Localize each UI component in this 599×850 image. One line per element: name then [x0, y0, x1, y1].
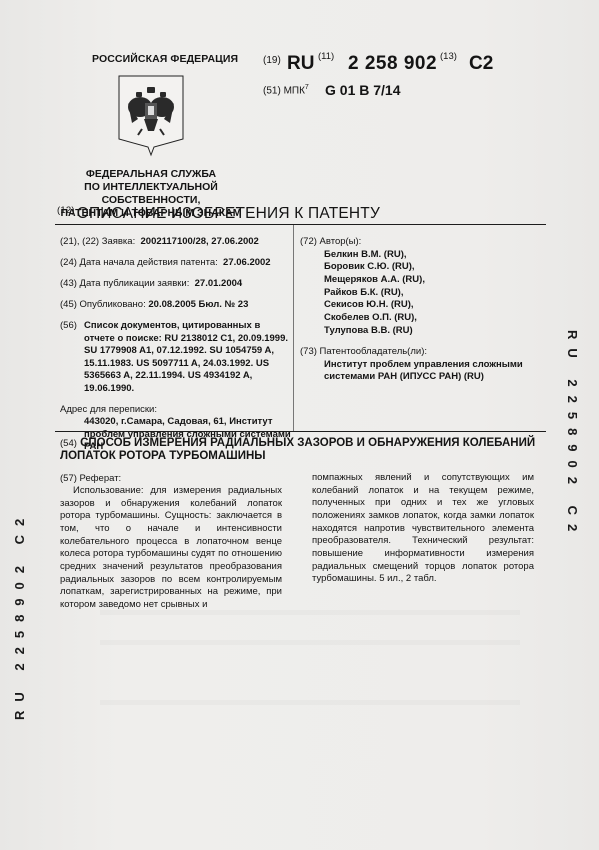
abstract-label: (57) Реферат: [60, 473, 121, 484]
author-item: Тулупова В.В. (RU) [324, 325, 540, 338]
document-title: (12)ОПИСАНИЕ ИЗОБРЕТЕНИЯ К ПАТЕНТУ [57, 205, 380, 223]
author-item: Белкин В.М. (RU), [324, 249, 540, 262]
country-name: РОССИЙСКАЯ ФЕДЕРАЦИЯ [92, 53, 238, 65]
code-11: (11) [318, 51, 334, 62]
abstract-left-column: Использование: для измерения радиальных … [60, 485, 282, 612]
code-19: (19) [263, 55, 281, 66]
coat-of-arms-icon [118, 75, 184, 157]
publication-date-field: (43) Дата публикации заявки: 27.01.2004 [60, 278, 292, 291]
side-code-right: RU 2258902 C2 [565, 330, 580, 540]
bleed-through-text [100, 700, 520, 705]
column-divider [293, 225, 294, 431]
authors-list: Белкин В.М. (RU), Боровик С.Ю. (RU), Мещ… [300, 249, 540, 338]
abstract-right-column: помпажных явлений и сопутствующих им кол… [312, 472, 534, 586]
author-item: Боровик С.Ю. (RU), [324, 261, 540, 274]
patentee-value: Институт проблем управления сложными сис… [300, 359, 540, 384]
divider [55, 224, 546, 225]
side-code-left: RU 2258902 C2 [12, 510, 27, 720]
application-field: (21), (22) Заявка: 2002117100/28, 27.06.… [60, 236, 292, 249]
published-field: (45) Опубликовано: 20.08.2005 Бюл. № 23 [60, 299, 292, 312]
start-date-field: (24) Дата начала действия патента: 27.06… [60, 257, 292, 270]
code-13: (13) [440, 51, 457, 62]
author-item: Скобелев О.П. (RU), [324, 312, 540, 325]
bibliographic-data: (21), (22) Заявка: 2002117100/28, 27.06.… [60, 236, 292, 462]
author-item: Секисов Ю.Н. (RU), [324, 299, 540, 312]
patentee-label: (73) Патентообладатель(ли): [300, 346, 540, 359]
patent-page: РОССИЙСКАЯ ФЕДЕРАЦИЯ ФЕДЕРАЛЬНАЯ СЛУЖБА … [0, 0, 599, 850]
references-field: (56) Список документов, цитированных в о… [60, 320, 292, 395]
country-code: RU [287, 53, 314, 75]
ipc-class: G 01 B 7/14 [325, 82, 401, 98]
kind-code: C2 [469, 53, 493, 75]
author-item: Мещеряков А.А. (RU), [324, 274, 540, 287]
bleed-through-text [100, 640, 520, 645]
invention-title: (54) СПОСОБ ИЗМЕРЕНИЯ РАДИАЛЬНЫХ ЗАЗОРОВ… [60, 437, 540, 463]
authors-label: (72) Автор(ы): [300, 236, 540, 249]
ipc-label: (51) МПК7 [263, 84, 309, 96]
authors-patentee: (72) Автор(ы): Белкин В.М. (RU), Боровик… [300, 236, 540, 384]
author-item: Райков Б.К. (RU), [324, 287, 540, 300]
patent-number: 2 258 902 [348, 53, 437, 75]
